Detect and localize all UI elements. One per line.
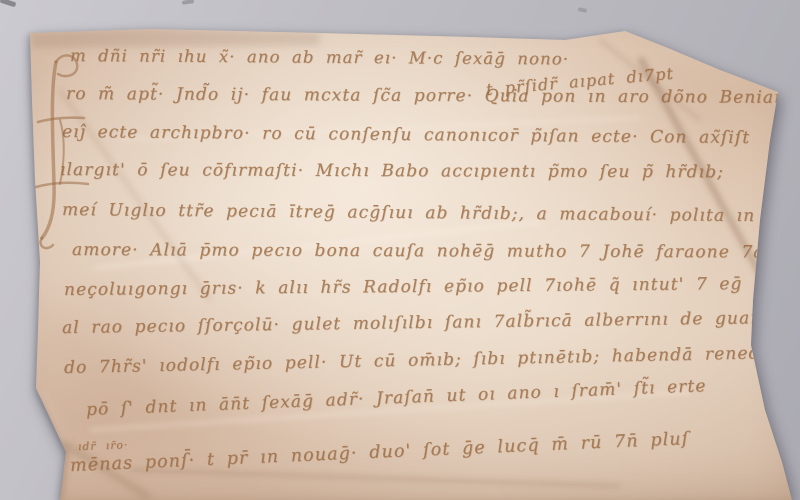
manuscript-text: m dñi nr̃i ıhu x̃· ano ab mar̃ eı· M·c ſ… — [0, 0, 800, 500]
photo-backdrop: m dñi nr̃i ıhu x̃· ano ab mar̃ eı· M·c ſ… — [0, 0, 800, 500]
manuscript-line: ılargıt' ō ſeu cōfırmaſti· Mıchı Babo ac… — [60, 160, 724, 182]
manuscript-line: ıdr̃ ır̄o· — [78, 439, 129, 453]
manuscript-line: neçoluıgongı ḡrıs· k alıı hr̃s Radolfı e… — [64, 274, 800, 300]
manuscript-line: meí Uıglıo ttr̃e pecıā ītreḡ acḡſıuı ab … — [62, 200, 755, 226]
parchment-surface: m dñi nr̃i ıhu x̃· ano ab mar̃ eı· M·c ſ… — [0, 0, 800, 500]
manuscript-line: eıĵ ecte archıpbro· ro cū conſenſu canon… — [62, 122, 750, 148]
manuscript-line: ro m̃ apt̃· Jnd̃o ij· fau mcxta ſc̃a por… — [66, 84, 791, 108]
manuscript-line: mēnas ponſ̄· t pr̄ ın nouaḡ· duo' ſot ḡe… — [70, 429, 690, 476]
manuscript-line: do 7hr̃s' ıodolfı ep̃ıo pell· Ut cū om̄ı… — [64, 343, 761, 378]
manuscript-line: m dñi nr̃i ıhu x̃· ano ab mar̃ eı· M·c ſ… — [70, 46, 569, 68]
parchment-sheet: m dñi nr̃i ıhu x̃· ano ab mar̃ eı· M·c ſ… — [0, 0, 800, 500]
manuscript-line: amore· Alıā p̄mo pecıo bona cauſa nohēḡ … — [72, 240, 783, 262]
manuscript-line: al rao pecıo ſſorçolū· gulet molıſılbı ſ… — [62, 308, 760, 338]
manuscript-line: pō ſ' dnt ın ān̄t ſexāḡ adr̃· Jraſan̄ ut… — [86, 376, 707, 420]
